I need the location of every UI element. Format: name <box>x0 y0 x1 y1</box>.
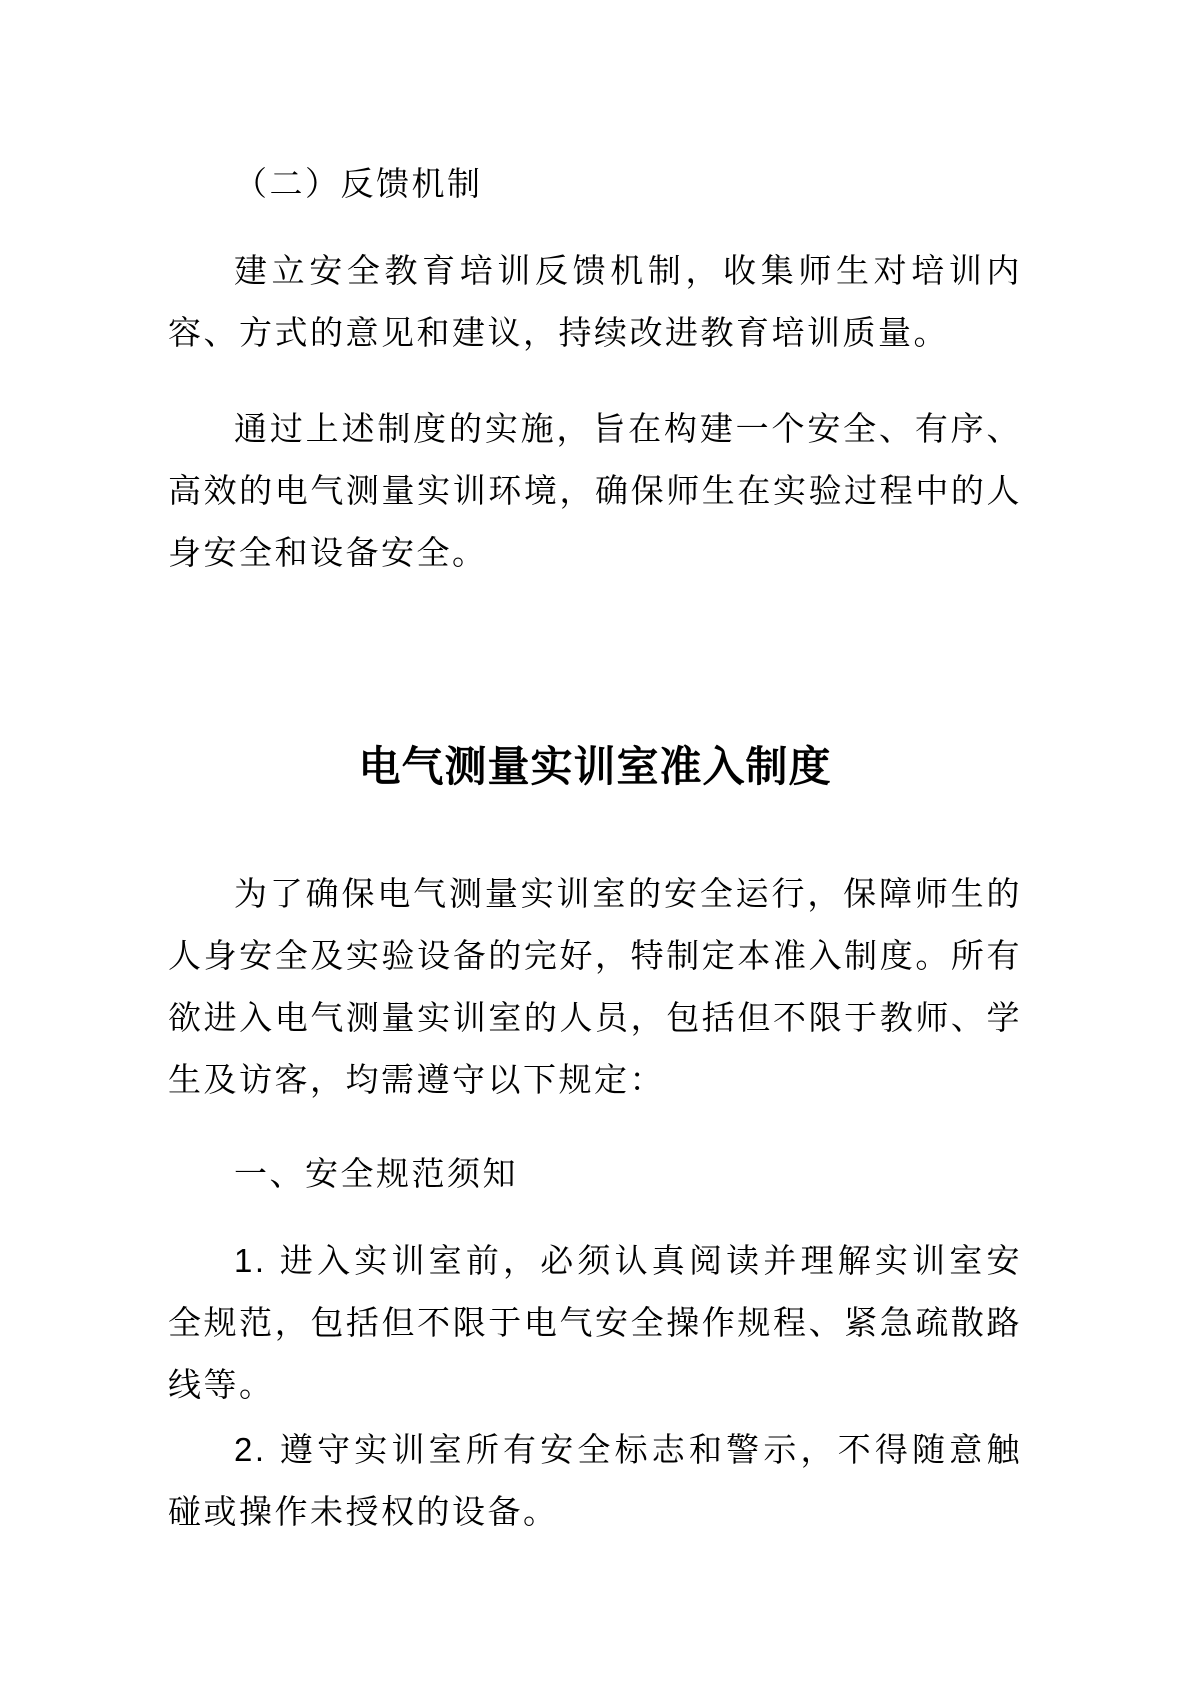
document-content: （二）反馈机制 建立安全教育培训反馈机制，收集师生对培训内容、方式的意见和建议，… <box>0 0 1190 1543</box>
rule-item-1: 1. 进入实训室前，必须认真阅读并理解实训室安全规范，包括但不限于电气安全操作规… <box>168 1230 1022 1416</box>
document-title: 电气测量实训室准入制度 <box>168 737 1022 797</box>
section-heading-safety-rules: 一、安全规范须知 <box>168 1143 1022 1205</box>
feedback-paragraph-2: 通过上述制度的实施，旨在构建一个安全、有序、高效的电气测量实训环境，确保师生在实… <box>168 398 1022 584</box>
section-heading-feedback: （二）反馈机制 <box>168 153 1022 215</box>
intro-paragraph: 为了确保电气测量实训室的安全运行，保障师生的人身安全及实验设备的完好，特制定本准… <box>168 863 1022 1111</box>
rule-item-2: 2. 遵守实训室所有安全标志和警示，不得随意触碰或操作未授权的设备。 <box>168 1419 1022 1543</box>
feedback-paragraph-1: 建立安全教育培训反馈机制，收集师生对培训内容、方式的意见和建议，持续改进教育培训… <box>168 240 1022 364</box>
document-page: （二）反馈机制 建立安全教育培训反馈机制，收集师生对培训内容、方式的意见和建议，… <box>0 0 1190 1683</box>
